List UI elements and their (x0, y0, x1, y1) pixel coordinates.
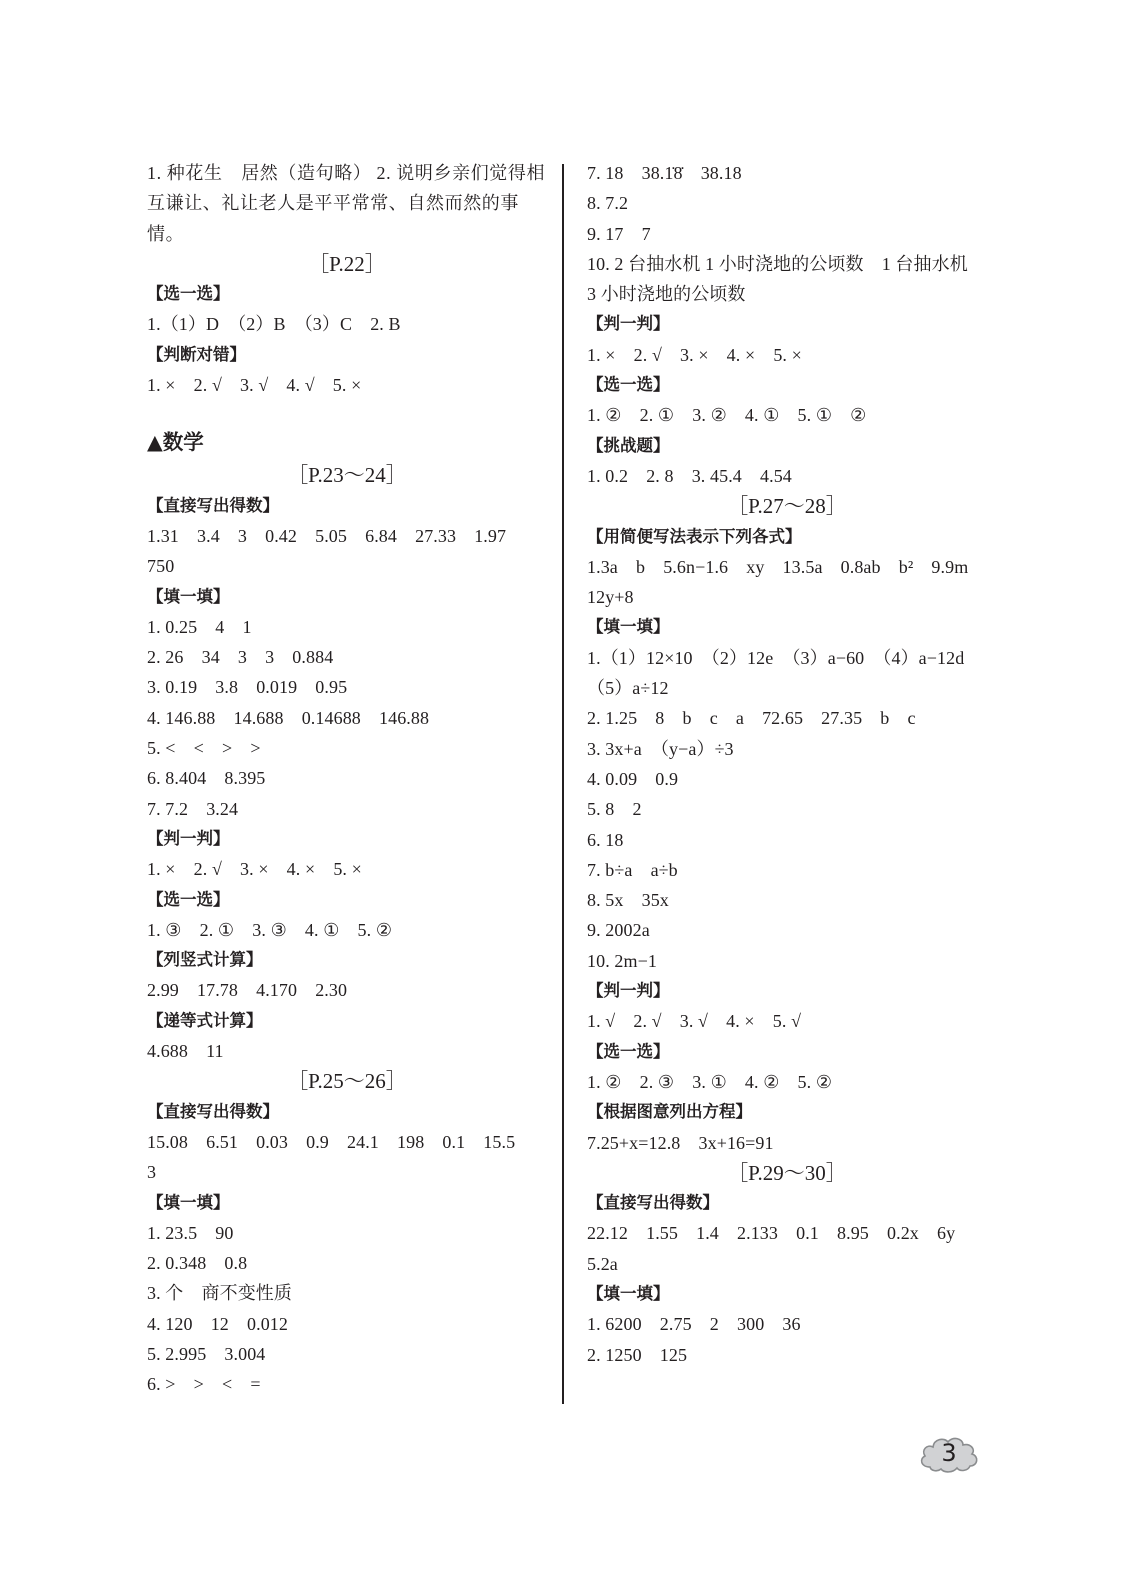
answer-line: 1. 23.5 90 (147, 1218, 547, 1248)
answer-line: 5.2a (587, 1249, 987, 1279)
answer-line: 3. 0.19 3.8 0.019 0.95 (147, 672, 547, 702)
answer-line: 3 小时浇地的公顷数 (587, 279, 987, 309)
answer-line: 2. 0.348 0.8 (147, 1248, 547, 1278)
answer-line: 5. 2.995 3.004 (147, 1339, 547, 1369)
section-heading: 【填一填】 (147, 582, 547, 612)
answer-line: 4.688 11 (147, 1036, 547, 1066)
answer-line: 1.3a b 5.6n−1.6 xy 13.5a 0.8ab b² 9.9m (587, 552, 987, 582)
section-heading: 【选一选】 (147, 279, 547, 309)
answer-line: 6. 8.404 8.395 (147, 763, 547, 793)
answer-line: 7.25+x=12.8 3x+16=91 (587, 1128, 987, 1158)
answer-line: 2. 1250 125 (587, 1340, 987, 1370)
answer-line: 2. 1.25 8 b c a 72.65 27.35 b c (587, 703, 987, 733)
section-heading: 【判断对错】 (147, 340, 547, 370)
chinese-answer-paragraph: 1. 种花生 居然（造句略） 2. 说明乡亲们觉得相互谦让、礼让老人是平平常常、… (147, 158, 547, 249)
answer-line: 1. ② 2. ③ 3. ① 4. ② 5. ② (587, 1067, 987, 1097)
answer-line: 1. 6200 2.75 2 300 36 (587, 1309, 987, 1339)
answer-line: （5）a÷12 (587, 673, 987, 703)
section-heading: 【判一判】 (587, 309, 987, 339)
answer-line: 3. 3x+a （y−a）÷3 (587, 734, 987, 764)
section-heading: 【填一填】 (587, 1279, 987, 1309)
section-heading: 【直接写出得数】 (587, 1188, 987, 1218)
answer-line: 750 (147, 551, 547, 581)
answer-line: 1. ② 2. ① 3. ② 4. ① 5. ① ② (587, 400, 987, 430)
answer-line: 7. 18 38.1̇8̇ 38.18 (587, 158, 987, 188)
answer-line: 10. 2m−1 (587, 946, 987, 976)
page-ref-p27-28: ［P.27～28］ (587, 491, 987, 521)
answer-line: 7. b÷a a÷b (587, 855, 987, 885)
page-ref-p22: ［P.22］ (147, 249, 547, 279)
answer-line: 1.（1）12×10 （2）12e （3）a−60 （4）a−12d (587, 643, 987, 673)
answer-line: 6. 18 (587, 825, 987, 855)
right-column: 7. 18 38.1̇8̇ 38.18 8. 7.2 9. 17 7 10. 2… (587, 158, 987, 1370)
answer-line: 9. 2002a (587, 915, 987, 945)
answer-line: 4. 146.88 14.688 0.14688 146.88 (147, 703, 547, 733)
section-heading: 【递等式计算】 (147, 1006, 547, 1036)
answer-line: 1. √ 2. √ 3. √ 4. × 5. √ (587, 1006, 987, 1036)
answer-line: 12y+8 (587, 582, 987, 612)
answer-line: 1. × 2. √ 3. × 4. × 5. × (587, 340, 987, 370)
answer-line: 5. 8 2 (587, 794, 987, 824)
answer-line: 10. 2 台抽水机 1 小时浇地的公顷数 1 台抽水机 (587, 249, 987, 279)
left-column: 1. 种花生 居然（造句略） 2. 说明乡亲们觉得相互谦让、礼让老人是平平常常、… (147, 158, 547, 1400)
answer-line: 15.08 6.51 0.03 0.9 24.1 198 0.1 15.5 (147, 1127, 547, 1157)
section-heading: 【选一选】 (147, 885, 547, 915)
page-number-badge: 3 (916, 1433, 982, 1475)
section-heading: 【选一选】 (587, 1037, 987, 1067)
page-number: 3 (916, 1437, 982, 1469)
section-heading: 【判一判】 (587, 976, 987, 1006)
answer-line: 5. < < > > (147, 733, 547, 763)
answer-line: 1.（1）D （2）B （3）C 2. B (147, 309, 547, 339)
answer-line: 1. ③ 2. ① 3. ③ 4. ① 5. ② (147, 915, 547, 945)
page-ref-p23-24: ［P.23～24］ (147, 460, 547, 490)
answer-line: 6. > > < = (147, 1369, 547, 1399)
answer-line: 1. 0.2 2. 8 3. 45.4 4.54 (587, 461, 987, 491)
subject-heading-math: ▲数学 (147, 414, 547, 460)
section-heading: 【用简便写法表示下列各式】 (587, 522, 987, 552)
section-heading: 【列竖式计算】 (147, 945, 547, 975)
answer-line: 3. 个 商不变性质 (147, 1278, 547, 1308)
answer-line: 2.99 17.78 4.170 2.30 (147, 975, 547, 1005)
section-heading: 【直接写出得数】 (147, 1097, 547, 1127)
answer-line: 1. 0.25 4 1 (147, 612, 547, 642)
answer-line: 1. × 2. √ 3. √ 4. √ 5. × (147, 370, 547, 400)
section-heading: 【根据图意列出方程】 (587, 1097, 987, 1127)
page-ref-p29-30: ［P.29～30］ (587, 1158, 987, 1188)
answer-line: 4. 120 12 0.012 (147, 1309, 547, 1339)
section-heading: 【直接写出得数】 (147, 491, 547, 521)
answer-line: 4. 0.09 0.9 (587, 764, 987, 794)
answer-line: 2. 26 34 3 3 0.884 (147, 642, 547, 672)
section-heading: 【挑战题】 (587, 431, 987, 461)
answer-line: 7. 7.2 3.24 (147, 794, 547, 824)
answer-line: 3 (147, 1157, 547, 1187)
column-divider (562, 164, 564, 1404)
section-heading: 【填一填】 (147, 1188, 547, 1218)
answer-line: 22.12 1.55 1.4 2.133 0.1 8.95 0.2x 6y (587, 1218, 987, 1248)
answer-line: 8. 5x 35x (587, 885, 987, 915)
answer-line: 8. 7.2 (587, 188, 987, 218)
answer-line: 9. 17 7 (587, 219, 987, 249)
answer-line: 1.31 3.4 3 0.42 5.05 6.84 27.33 1.97 (147, 521, 547, 551)
answer-line: 1. × 2. √ 3. × 4. × 5. × (147, 854, 547, 884)
page-ref-p25-26: ［P.25～26］ (147, 1066, 547, 1096)
section-heading: 【填一填】 (587, 612, 987, 642)
section-heading: 【选一选】 (587, 370, 987, 400)
section-heading: 【判一判】 (147, 824, 547, 854)
